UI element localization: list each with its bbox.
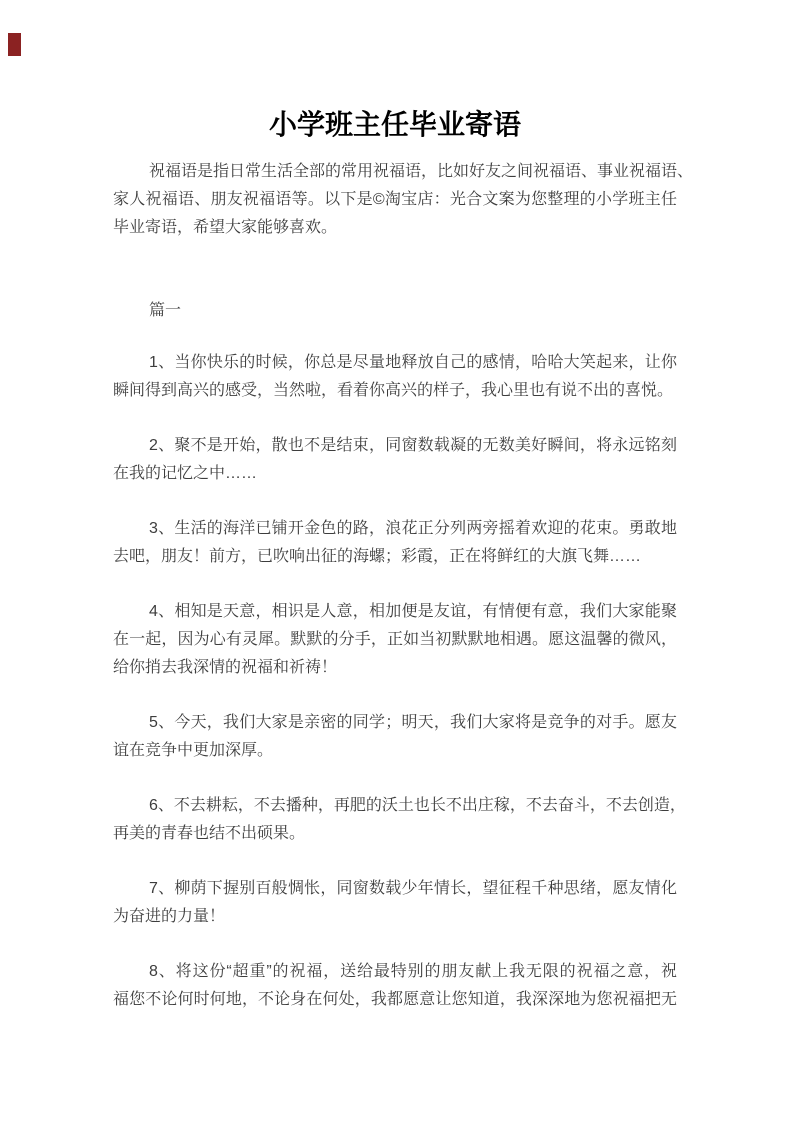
paragraph-2-line: 2、聚不是开始，散也不是结束，同窗数载凝的无数美好瞬间，将永远铭刻	[113, 432, 677, 460]
paragraph-1-line: 1、当你快乐的时候，你总是尽量地释放自己的感情，哈哈大笑起来，让你	[113, 349, 677, 377]
intro-paragraph: 祝福语是指日常生活全部的常用祝福语，比如好友之间祝福语、事业祝福语、家人祝福语、…	[113, 158, 677, 242]
paragraph-4-line: 在一起，因为心有灵犀。默默的分手，正如当初默默地相遇。愿这温馨的微风，	[113, 626, 677, 654]
paragraph-4-line: 给你捎去我深情的祝福和祈祷！	[113, 654, 677, 682]
paragraph-5-line: 5、今天，我们大家是亲密的同学；明天，我们大家将是竞争的对手。愿友	[113, 709, 677, 737]
paragraph-3-line: 3、生活的海洋已铺开金色的路，浪花正分列两旁摇着欢迎的花束。勇敢地	[113, 515, 677, 543]
paragraph-1: 1、当你快乐的时候，你总是尽量地释放自己的感情，哈哈大笑起来，让你瞬间得到高兴的…	[113, 349, 677, 405]
paragraph-2-line: 在我的记忆之中……	[113, 460, 677, 488]
intro-paragraph-line: 祝福语是指日常生活全部的常用祝福语，比如好友之间祝福语、事业祝福语、	[113, 158, 677, 186]
paragraph-3-line: 去吧，朋友！前方，已吹响出征的海螺；彩霞，正在将鲜红的大旗飞舞……	[113, 543, 677, 571]
paragraph-7-line: 为奋进的力量！	[113, 903, 677, 931]
paragraph-6: 6、不去耕耘，不去播种，再肥的沃土也长不出庄稼，不去奋斗，不去创造，再美的青春也…	[113, 792, 677, 848]
paragraph-7-line: 7、柳荫下握别百般惆怅，同窗数载少年情长，望征程千种思绪，愿友情化	[113, 875, 677, 903]
paragraph-5-line: 谊在竞争中更加深厚。	[113, 737, 677, 765]
document-title: 小学班主任毕业寄语	[113, 106, 677, 144]
paragraph-6-line: 6、不去耕耘，不去播种，再肥的沃土也长不出庄稼，不去奋斗，不去创造，	[113, 792, 677, 820]
paragraph-8-line: 福您不论何时何地，不论身在何处，我都愿意让您知道，我深深地为您祝福把无	[113, 986, 677, 1014]
paragraph-5: 5、今天，我们大家是亲密的同学；明天，我们大家将是竞争的对手。愿友谊在竞争中更加…	[113, 709, 677, 765]
intro-paragraph-line: 毕业寄语，希望大家能够喜欢。	[113, 214, 677, 242]
paragraph-2: 2、聚不是开始，散也不是结束，同窗数载凝的无数美好瞬间，将永远铭刻在我的记忆之中…	[113, 432, 677, 488]
intro-paragraph-line: 家人祝福语、朋友祝福语等。以下是©淘宝店：光合文案为您整理的小学班主任	[113, 186, 677, 214]
document-page: 小学班主任毕业寄语 祝福语是指日常生活全部的常用祝福语，比如好友之间祝福语、事业…	[0, 0, 793, 1122]
paragraph-8: 8、将这份“超重”的祝福，送给最特别的朋友献上我无限的祝福之意，祝福您不论何时何…	[113, 958, 677, 1014]
paragraph-3: 3、生活的海洋已铺开金色的路，浪花正分列两旁摇着欢迎的花束。勇敢地去吧，朋友！前…	[113, 515, 677, 571]
paragraph-1-line: 瞬间得到高兴的感受，当然啦，看着你高兴的样子，我心里也有说不出的喜悦。	[113, 377, 677, 405]
document-body: 祝福语是指日常生活全部的常用祝福语，比如好友之间祝福语、事业祝福语、家人祝福语、…	[113, 158, 677, 1014]
paragraph-8-line: 8、将这份“超重”的祝福，送给最特别的朋友献上我无限的祝福之意，祝	[113, 958, 677, 986]
paragraph-4-line: 4、相知是天意，相识是人意，相加便是友谊，有情便有意，我们大家能聚	[113, 598, 677, 626]
paragraph-7: 7、柳荫下握别百般惆怅，同窗数载少年情长，望征程千种思绪，愿友情化为奋进的力量！	[113, 875, 677, 931]
paragraph-6-line: 再美的青春也结不出硕果。	[113, 820, 677, 848]
section-heading: 篇一	[113, 297, 677, 325]
paragraph-4: 4、相知是天意，相识是人意，相加便是友谊，有情便有意，我们大家能聚在一起，因为心…	[113, 598, 677, 682]
red-page-marker	[8, 33, 21, 56]
section-heading-text: 篇一	[113, 297, 677, 325]
